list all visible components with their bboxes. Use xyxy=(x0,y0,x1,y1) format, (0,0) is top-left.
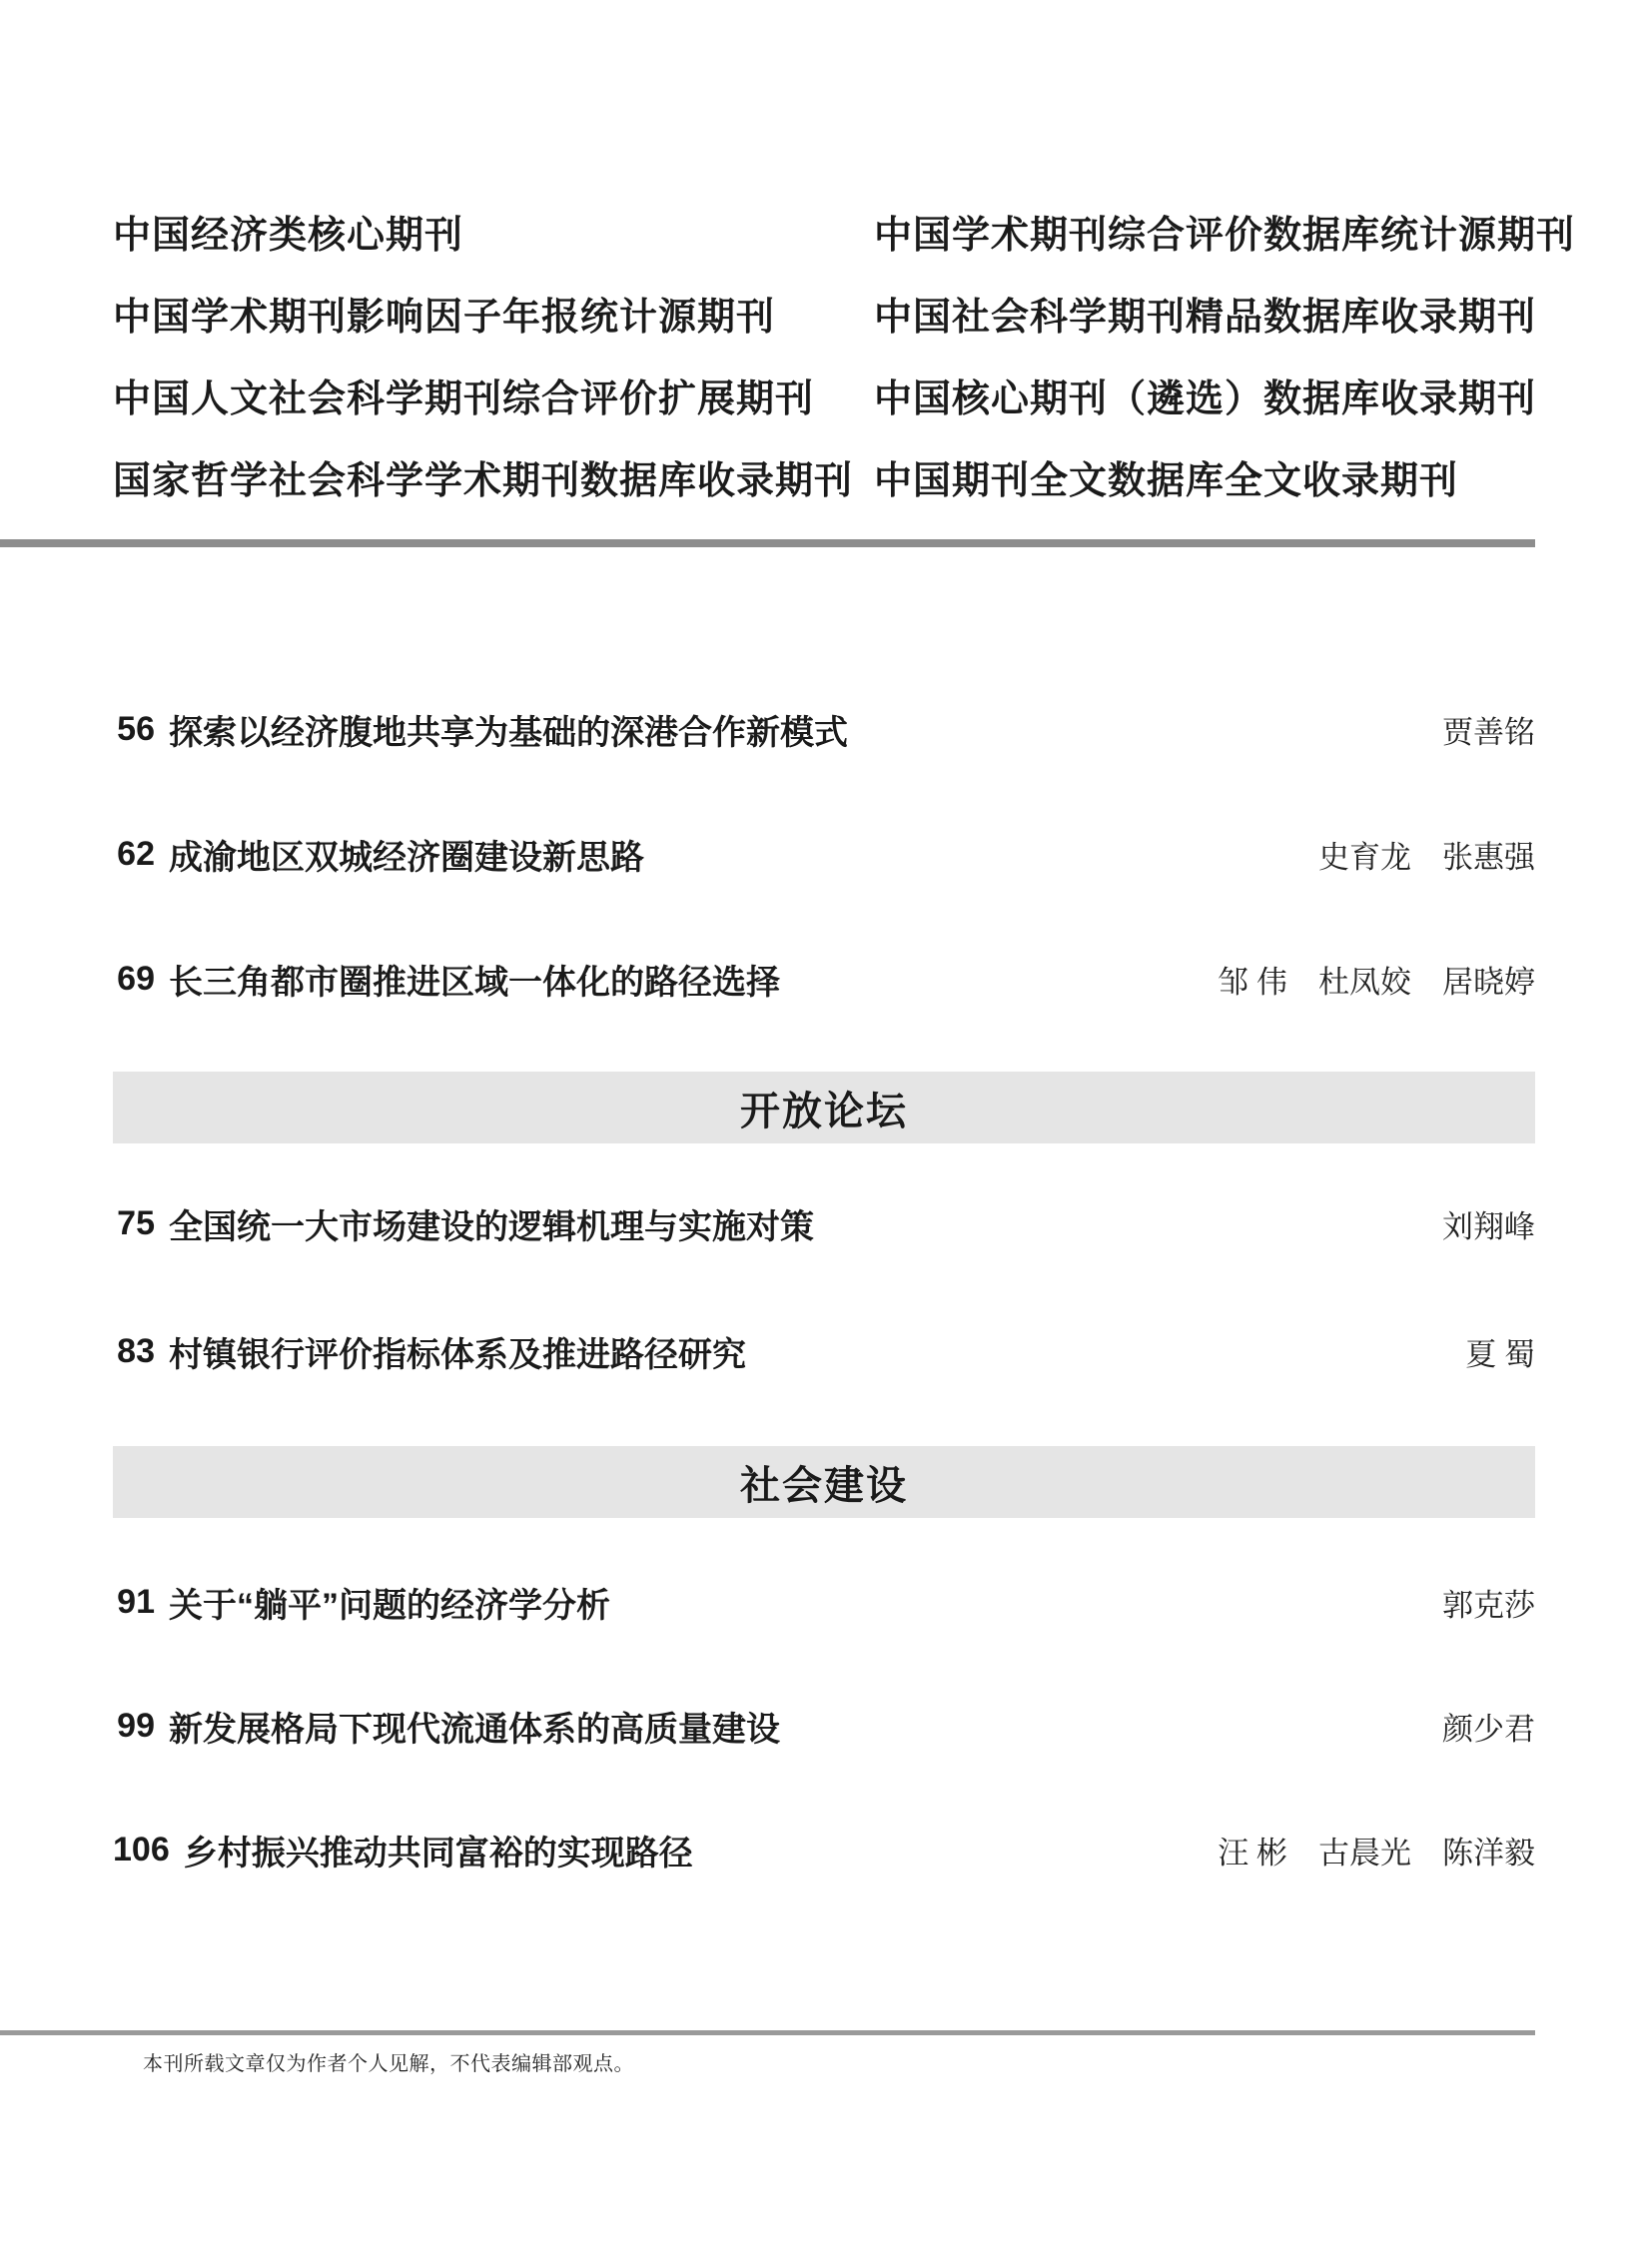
accolade-item: 国家哲学社会科学学术期刊数据库收录期刊 xyxy=(113,435,874,517)
toc-authors: 贾善铭 xyxy=(1442,707,1535,752)
accolade-item: 中国核心期刊（遴选）数据库收录期刊 xyxy=(874,354,1575,435)
accolade-item: 中国学术期刊综合评价数据库统计源期刊 xyxy=(874,190,1575,272)
toc-title: 成渝地区双城经济圈建设新思路 xyxy=(169,830,1318,879)
toc-authors: 刘翔峰 xyxy=(1442,1201,1535,1246)
toc-title: 探索以经济腹地共享为基础的深港合作新模式 xyxy=(169,705,1442,754)
accolade-item: 中国社会科学期刊精品数据库收录期刊 xyxy=(874,272,1575,354)
toc-entry: 62 成渝地区双城经济圈建设新思路 史育龙 张惠强 xyxy=(113,830,1535,878)
accolade-item: 中国学术期刊影响因子年报统计源期刊 xyxy=(113,272,874,354)
toc-page-number: 91 xyxy=(113,1583,155,1622)
toc-page-number: 69 xyxy=(113,960,155,999)
toc-entry: 106 乡村振兴推动共同富裕的实现路径 汪 彬 古晨光 陈洋毅 xyxy=(113,1826,1535,1873)
toc-authors: 史育龙 张惠强 xyxy=(1318,832,1535,877)
accolade-item: 中国人文社会科学期刊综合评价扩展期刊 xyxy=(113,354,874,435)
toc-page-number: 62 xyxy=(113,835,155,874)
toc-title: 全国统一大市场建设的逻辑机理与实施对策 xyxy=(169,1199,1442,1248)
toc-page-number: 83 xyxy=(113,1332,155,1371)
footer-divider-rule xyxy=(0,2030,1535,2035)
toc-title: 村镇银行评价指标体系及推进路径研究 xyxy=(169,1327,1465,1376)
toc-entry: 91 关于“躺平”问题的经济学分析 郭克莎 xyxy=(113,1578,1535,1626)
toc-title: 新发展格局下现代流通体系的高质量建设 xyxy=(169,1702,1442,1751)
toc-entry: 83 村镇银行评价指标体系及推进路径研究 夏 蜀 xyxy=(113,1327,1535,1375)
journal-toc-page: 中国经济类核心期刊 中国学术期刊综合评价数据库统计源期刊 中国学术期刊影响因子年… xyxy=(0,0,1652,2242)
toc-entry: 69 长三角都市圈推进区域一体化的路径选择 邹 伟 杜凤姣 居晓婷 xyxy=(113,955,1535,1003)
toc-authors: 夏 蜀 xyxy=(1465,1329,1535,1374)
toc-authors: 颜少君 xyxy=(1442,1704,1535,1749)
toc-page-number: 106 xyxy=(113,1831,170,1869)
toc-title: 关于“躺平”问题的经济学分析 xyxy=(169,1578,1442,1627)
accolade-item: 中国期刊全文数据库全文收录期刊 xyxy=(874,435,1575,517)
toc-authors: 郭克莎 xyxy=(1442,1580,1535,1625)
toc-page-number: 99 xyxy=(113,1707,155,1746)
section-header-open-forum: 开放论坛 xyxy=(113,1072,1535,1143)
toc-authors: 邹 伟 杜凤姣 居晓婷 xyxy=(1218,957,1535,1002)
footer-disclaimer: 本刊所载文章仅为作者个人见解，不代表编辑部观点。 xyxy=(143,2047,634,2076)
accolade-item: 中国经济类核心期刊 xyxy=(113,190,874,272)
accolades-block: 中国经济类核心期刊 中国学术期刊综合评价数据库统计源期刊 中国学术期刊影响因子年… xyxy=(113,190,1535,517)
toc-entry: 75 全国统一大市场建设的逻辑机理与实施对策 刘翔峰 xyxy=(113,1199,1535,1247)
toc-authors: 汪 彬 古晨光 陈洋毅 xyxy=(1218,1828,1535,1872)
section-header-label: 社会建设 xyxy=(740,1454,908,1511)
toc-page-number: 75 xyxy=(113,1204,155,1243)
toc-page-number: 56 xyxy=(113,710,155,749)
toc-entry: 99 新发展格局下现代流通体系的高质量建设 颜少君 xyxy=(113,1702,1535,1750)
section-header-social-construction: 社会建设 xyxy=(113,1446,1535,1518)
section-header-label: 开放论坛 xyxy=(740,1080,908,1136)
toc-entry: 56 探索以经济腹地共享为基础的深港合作新模式 贾善铭 xyxy=(113,705,1535,753)
toc-title: 乡村振兴推动共同富裕的实现路径 xyxy=(184,1826,1219,1874)
toc-title: 长三角都市圈推进区域一体化的路径选择 xyxy=(169,955,1218,1004)
top-divider-rule xyxy=(0,539,1535,547)
